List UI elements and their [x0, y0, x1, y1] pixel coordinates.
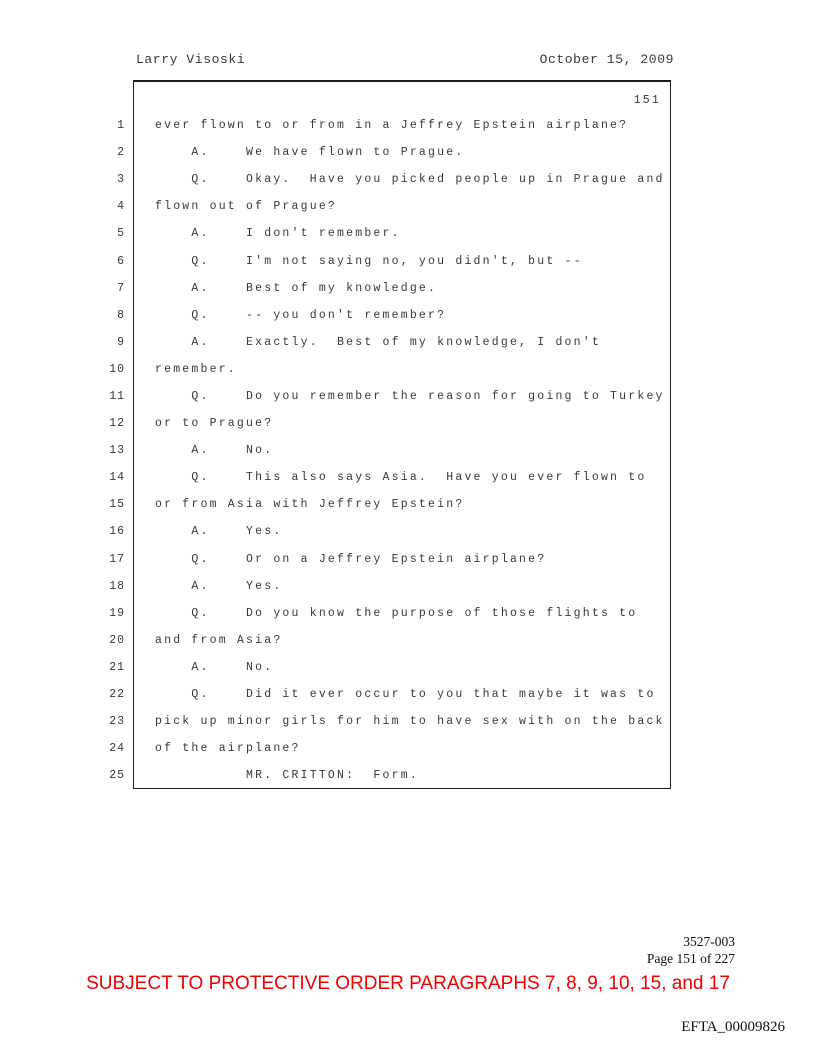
transcript-line: 5 A. I don't remember. — [88, 220, 688, 247]
transcript-line: 16 A. Yes. — [88, 518, 688, 545]
line-number: 16 — [88, 525, 125, 538]
line-number: 18 — [88, 580, 125, 593]
transcript-line: 18 A. Yes. — [88, 573, 688, 600]
transcript-line: 15or from Asia with Jeffrey Epstein? — [88, 491, 688, 518]
line-text: A. We have flown to Prague. — [155, 146, 464, 159]
line-text: pick up minor girls for him to have sex … — [155, 715, 665, 728]
line-text: A. No. — [155, 661, 273, 674]
line-number: 5 — [88, 227, 125, 240]
transcript-line: 7 A. Best of my knowledge. — [88, 275, 688, 302]
transcript-line: 9 A. Exactly. Best of my knowledge, I do… — [88, 329, 688, 356]
line-number: 4 — [88, 200, 125, 213]
line-text: A. No. — [155, 444, 273, 457]
transcript-line: 17 Q. Or on a Jeffrey Epstein airplane? — [88, 546, 688, 573]
line-text: Q. Do you remember the reason for going … — [155, 390, 665, 403]
transcript-line: 4flown out of Prague? — [88, 193, 688, 220]
bates-number: EFTA_00009826 — [681, 1019, 785, 1036]
line-number: 8 — [88, 309, 125, 322]
line-number: 22 — [88, 688, 125, 701]
transcript-line: 6 Q. I'm not saying no, you didn't, but … — [88, 247, 688, 274]
line-text: or from Asia with Jeffrey Epstein? — [155, 498, 464, 511]
protective-order-notice: SUBJECT TO PROTECTIVE ORDER PARAGRAPHS 7… — [0, 973, 816, 995]
page-header: Larry Visoski October 15, 2009 — [136, 52, 674, 67]
line-text: ever flown to or from in a Jeffrey Epste… — [155, 119, 628, 132]
footer-reference-block: 3527-003 Page 151 of 227 — [647, 933, 735, 967]
line-text: of the airplane? — [155, 742, 301, 755]
transcript-line: 20and from Asia? — [88, 627, 688, 654]
deposition-page: Larry Visoski October 15, 2009 151 1ever… — [0, 0, 816, 1056]
line-number: 12 — [88, 417, 125, 430]
transcript-line: 22 Q. Did it ever occur to you that mayb… — [88, 681, 688, 708]
line-text: A. Yes. — [155, 525, 282, 538]
line-text: A. Exactly. Best of my knowledge, I don'… — [155, 336, 601, 349]
page-indicator: Page 151 of 227 — [647, 950, 735, 967]
line-number: 25 — [88, 769, 125, 782]
line-number: 20 — [88, 634, 125, 647]
transcript-line: 23pick up minor girls for him to have se… — [88, 708, 688, 735]
line-number: 7 — [88, 282, 125, 295]
line-number: 21 — [88, 661, 125, 674]
line-text: Q. Did it ever occur to you that maybe i… — [155, 688, 656, 701]
line-text: and from Asia? — [155, 634, 282, 647]
transcript-line: 12or to Prague? — [88, 410, 688, 437]
deponent-name: Larry Visoski — [136, 52, 245, 67]
line-number: 13 — [88, 444, 125, 457]
line-text: A. Best of my knowledge. — [155, 282, 437, 295]
deposition-date: October 15, 2009 — [540, 52, 674, 67]
line-number: 10 — [88, 363, 125, 376]
transcript-line: 13 A. No. — [88, 437, 688, 464]
line-number: 24 — [88, 742, 125, 755]
line-number: 11 — [88, 390, 125, 403]
line-text: Q. Okay. Have you picked people up in Pr… — [155, 173, 665, 186]
line-text: Q. Or on a Jeffrey Epstein airplane? — [155, 553, 546, 566]
line-text: Q. I'm not saying no, you didn't, but -- — [155, 255, 583, 268]
line-text: A. Yes. — [155, 580, 282, 593]
line-number: 2 — [88, 146, 125, 159]
transcript-line: 10remember. — [88, 356, 688, 383]
transcript-line: 3 Q. Okay. Have you picked people up in … — [88, 166, 688, 193]
line-text: A. I don't remember. — [155, 227, 401, 240]
transcript-line: 25 MR. CRITTON: Form. — [88, 762, 688, 789]
transcript-line: 24of the airplane? — [88, 735, 688, 762]
line-number: 15 — [88, 498, 125, 511]
transcript-line: 14 Q. This also says Asia. Have you ever… — [88, 464, 688, 491]
transcript-line: 8 Q. -- you don't remember? — [88, 302, 688, 329]
line-number: 14 — [88, 471, 125, 484]
line-text: remember. — [155, 363, 237, 376]
transcript-line: 2 A. We have flown to Prague. — [88, 139, 688, 166]
transcript-page-number: 151 — [634, 94, 661, 107]
transcript-lines: 1ever flown to or from in a Jeffrey Epst… — [88, 112, 688, 789]
case-number: 3527-003 — [647, 933, 735, 950]
line-number: 9 — [88, 336, 125, 349]
line-text: flown out of Prague? — [155, 200, 337, 213]
transcript-line: 19 Q. Do you know the purpose of those f… — [88, 600, 688, 627]
line-text: MR. CRITTON: Form. — [155, 769, 419, 782]
line-number: 19 — [88, 607, 125, 620]
transcript-line: 21 A. No. — [88, 654, 688, 681]
line-number: 17 — [88, 553, 125, 566]
line-text: Q. Do you know the purpose of those flig… — [155, 607, 637, 620]
transcript-line: 1ever flown to or from in a Jeffrey Epst… — [88, 112, 688, 139]
line-text: Q. This also says Asia. Have you ever fl… — [155, 471, 646, 484]
line-text: Q. -- you don't remember? — [155, 309, 446, 322]
line-number: 6 — [88, 255, 125, 268]
line-number: 23 — [88, 715, 125, 728]
transcript-line: 11 Q. Do you remember the reason for goi… — [88, 383, 688, 410]
line-text: or to Prague? — [155, 417, 273, 430]
line-number: 3 — [88, 173, 125, 186]
line-number: 1 — [88, 119, 125, 132]
